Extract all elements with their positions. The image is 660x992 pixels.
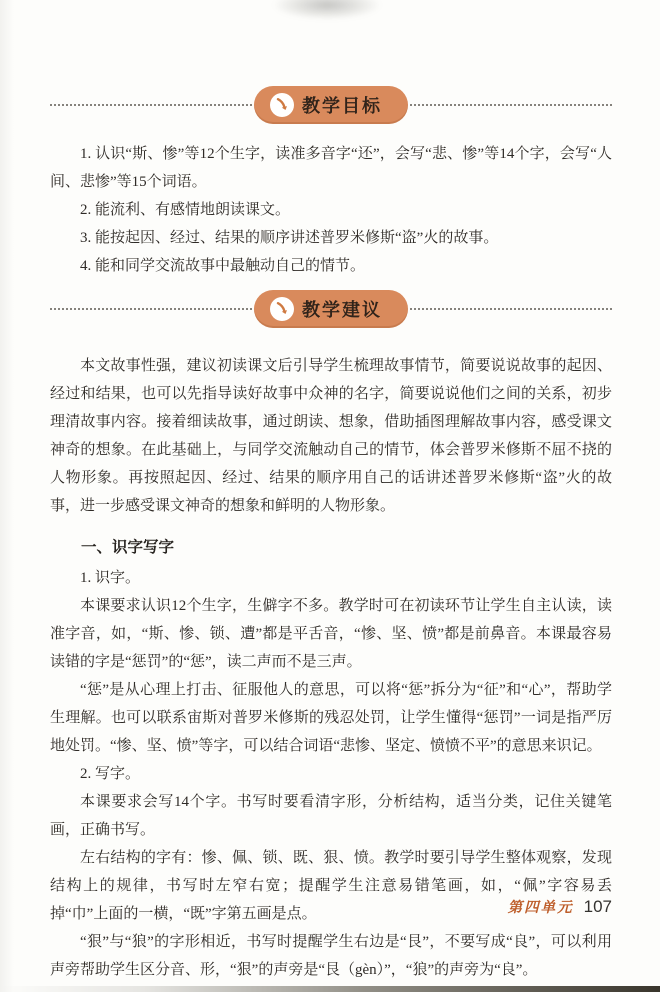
section-teaching-objectives: 教学目标 1. 认识“斯、惨”等12个生字，读准多音字“还”，会写“悲、惨”等1… — [50, 86, 612, 280]
paragraph-cheng-analysis: “惩”是从心理上打击、征服他人的意思，可以将“惩”拆分为“征”和“心”，帮助学生… — [50, 676, 612, 760]
objective-item-1: 1. 认识“斯、惨”等12个生字，读准多音字“还”，会写“悲、惨”等14个字，会… — [50, 140, 612, 196]
objectives-list: 1. 认识“斯、惨”等12个生字，读准多音字“还”，会写“悲、惨”等14个字，会… — [50, 140, 612, 280]
suggestions-header-row: 教学建议 — [50, 290, 612, 328]
suggestions-badge-label: 教学建议 — [302, 296, 382, 322]
dotted-divider-right — [410, 308, 612, 310]
objective-item-2: 2. 能流利、有感情地朗读课文。 — [50, 196, 612, 224]
suggestions-body: 本文故事性强，建议初读课文后引导学生梳理故事情节，简要说说故事的起因、经过和结果… — [50, 352, 612, 984]
unit-label: 第四单元 — [508, 896, 574, 917]
objectives-header-row: 教学目标 — [50, 86, 612, 124]
subitem-recognize-characters: 1. 识字。 — [50, 564, 612, 592]
page-content: 教学目标 1. 认识“斯、惨”等12个生字，读准多音字“还”，会写“悲、惨”等1… — [0, 0, 660, 984]
arrow-down-circle-icon — [270, 297, 294, 321]
textbook-page: 教学目标 1. 认识“斯、惨”等12个生字，读准多音字“还”，会写“悲、惨”等1… — [0, 0, 660, 992]
paragraph-recognize-detail: 本课要求认识12个生字，生僻字不多。教学时可在初读环节让学生自主认读，读准字音，… — [50, 592, 612, 676]
dotted-divider-left — [50, 308, 252, 310]
arrow-down-circle-icon — [270, 93, 294, 117]
subsection-heading-literacy: 一、识字写字 — [50, 534, 612, 562]
objective-item-4: 4. 能和同学交流故事中最触动自己的情节。 — [50, 252, 612, 280]
objectives-badge: 教学目标 — [254, 86, 408, 124]
suggestions-intro-paragraph: 本文故事性强，建议初读课文后引导学生梳理故事情节，简要说说故事的起因、经过和结果… — [50, 352, 612, 520]
book-bottom-edge — [0, 986, 660, 992]
page-footer: 第四单元 107 — [508, 896, 612, 917]
subitem-write-characters: 2. 写字。 — [50, 760, 612, 788]
dotted-divider-left — [50, 104, 252, 106]
page-number: 107 — [584, 897, 612, 917]
paragraph-hen-lang-comparison: “狠”与“狼”的字形相近，书写时提醒学生右边是“艮”，不要写成“良”，可以利用声… — [50, 928, 612, 984]
paragraph-write-detail: 本课要求会写14个字。书写时要看清字形，分析结构，适当分类，记住关键笔画，正确书… — [50, 788, 612, 844]
section-teaching-suggestions: 教学建议 本文故事性强，建议初读课文后引导学生梳理故事情节，简要说说故事的起因、… — [50, 290, 612, 984]
objectives-badge-label: 教学目标 — [302, 92, 382, 118]
objective-item-3: 3. 能按起因、经过、结果的顺序讲述普罗米修斯“盗”火的故事。 — [50, 224, 612, 252]
dotted-divider-right — [410, 104, 612, 106]
suggestions-badge: 教学建议 — [254, 290, 408, 328]
